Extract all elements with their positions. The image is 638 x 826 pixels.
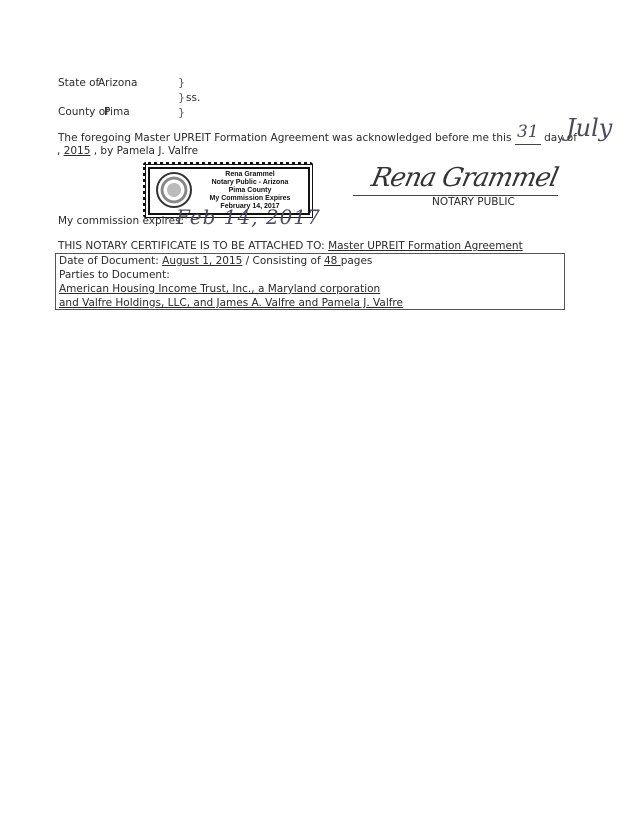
month-handwritten: July — [566, 114, 612, 142]
brace-icon: } — [178, 106, 185, 119]
attachment-line: THIS NOTARY CERTIFICATE IS TO BE ATTACHE… — [58, 240, 523, 252]
parties-label: Parties to Document: — [59, 269, 170, 281]
notary-public-label: NOTARY PUBLIC — [432, 196, 515, 208]
year-prefix: , — [57, 145, 64, 157]
by-text: , by Pamela J. Valfre — [90, 145, 198, 157]
pages-label: pages — [341, 255, 373, 267]
notary-signature: Rena Grammel — [369, 163, 561, 193]
year-value: 2015 — [64, 145, 91, 157]
stamp-line: My Commission Expires — [194, 195, 306, 203]
state-seal-icon — [156, 172, 192, 208]
day-handwritten: 31 — [517, 122, 539, 142]
pages-value: 48 — [324, 255, 341, 267]
day-field: 31 — [515, 131, 541, 145]
ss-label: ss. — [186, 92, 200, 104]
stamp-line: Rena Grammel — [194, 171, 306, 179]
stamp-line: Notary Public - Arizona — [194, 179, 306, 187]
state-value: Arizona — [98, 77, 137, 89]
commission-expiry-handwritten: Feb 14, 2017 — [176, 205, 321, 229]
county-label: County of — [58, 106, 109, 118]
date-value: August 1, 2015 — [162, 255, 242, 267]
stamp-line: Pima County — [194, 187, 306, 195]
consisting-label: / Consisting of — [242, 255, 324, 267]
document-date-line: Date of Document: August 1, 2015 / Consi… — [59, 255, 372, 267]
document-name: Master UPREIT Formation Agreement — [328, 240, 523, 252]
acknowledgment-text: The foregoing Master UPREIT Formation Ag… — [58, 132, 515, 144]
county-value: Pima — [104, 106, 130, 118]
acknowledgment-line-2: , 2015 , by Pamela J. Valfre — [57, 145, 198, 157]
commission-label: My commission expires: — [58, 215, 184, 227]
date-label: Date of Document: — [59, 255, 162, 267]
document-details-box: Date of Document: August 1, 2015 / Consi… — [55, 253, 565, 310]
parties-line-1: American Housing Income Trust, Inc., a M… — [59, 283, 380, 295]
acknowledgment-line-1: The foregoing Master UPREIT Formation Ag… — [58, 131, 577, 145]
state-label: State of — [58, 77, 99, 89]
parties-line-2: and Valfre Holdings, LLC, and James A. V… — [59, 297, 403, 309]
attachment-label: THIS NOTARY CERTIFICATE IS TO BE ATTACHE… — [58, 240, 328, 252]
brace-icon: } — [178, 76, 185, 89]
brace-icon: } — [178, 91, 185, 104]
